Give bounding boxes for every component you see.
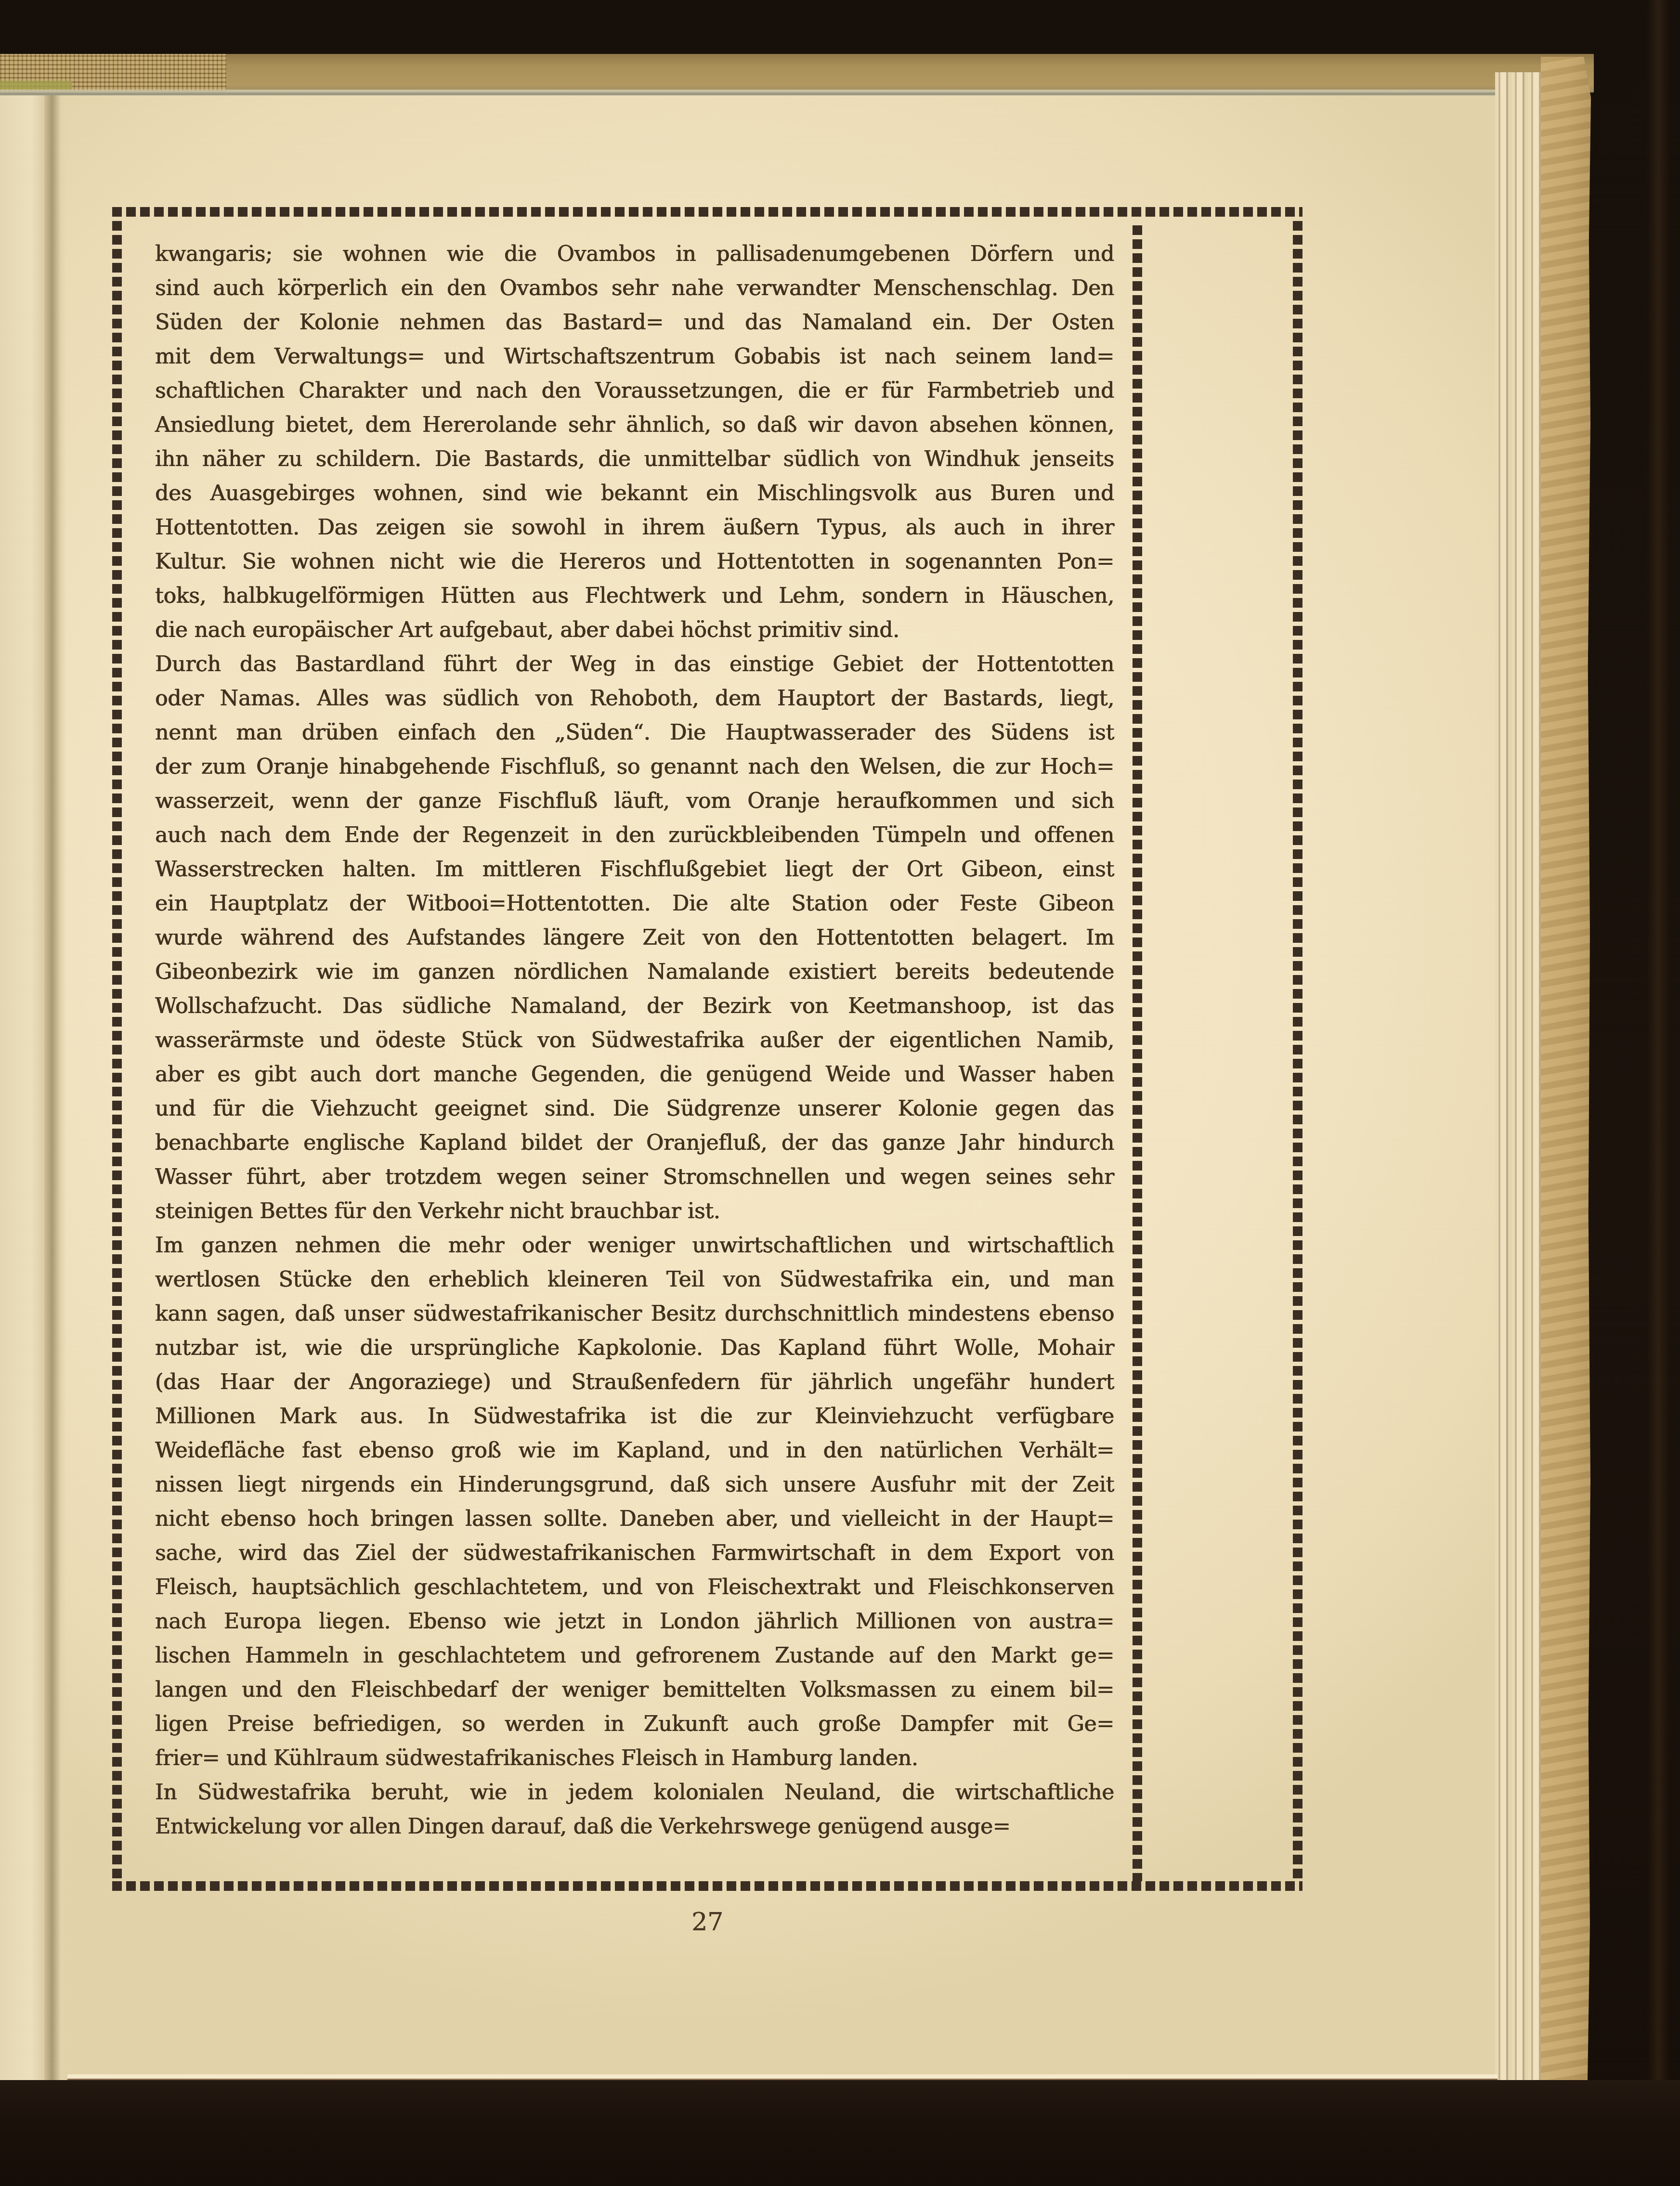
page-number: 27: [112, 1908, 1302, 1937]
text-line: Im ganzen nehmen die mehr oder weniger u…: [155, 1228, 1114, 1262]
text-line: mit dem Verwaltungs= und Wirtschaftszent…: [155, 339, 1114, 374]
text-line: ihn näher zu schildern. Die Bastards, di…: [155, 442, 1114, 476]
left-page-edge: [0, 95, 44, 2080]
text-line: oder Namas. Alles was südlich von Rehobo…: [155, 681, 1114, 716]
headband-accent: [0, 81, 72, 90]
deckle-edge: [1541, 57, 1591, 2090]
text-line: Wasserstrecken halten. Im mittleren Fisc…: [155, 852, 1114, 886]
text-line: die nach europäischer Art aufgebaut, abe…: [155, 613, 1114, 647]
text-line: der zum Oranje hinabgehende Fischfluß, s…: [155, 750, 1114, 784]
frame-border-bottom: [112, 1881, 1302, 1891]
frame-margin-divider: [1133, 225, 1142, 1881]
text-line: sind auch körperlich ein den Ovambos seh…: [155, 271, 1114, 305]
text-line: kwangaris; sie wohnen wie die Ovambos in…: [155, 237, 1114, 271]
text-line: des Auasgebirges wohnen, sind wie bekann…: [155, 476, 1114, 510]
text-line: wasserzeit, wenn der ganze Fischfluß läu…: [155, 784, 1114, 818]
text-line: Wasser führt, aber trotzdem wegen seiner…: [155, 1160, 1114, 1194]
text-line: lischen Hammeln in geschlachtetem und ge…: [155, 1639, 1114, 1673]
text-line: wasserärmste und ödeste Stück von Südwes…: [155, 1023, 1114, 1057]
backdrop-seam: [1647, 0, 1670, 2186]
gutter-shadow: [44, 95, 66, 2080]
text-line: nennt man drüben einfach den „Süden“. Di…: [155, 716, 1114, 750]
text-line: steinigen Bettes für den Verkehr nicht b…: [155, 1194, 1114, 1228]
text-line: Süden der Kolonie nehmen das Bastard= un…: [155, 305, 1114, 339]
text-line: nicht ebenso hoch bringen lassen sollte.…: [155, 1502, 1114, 1536]
text-line: Gibeonbezirk wie im ganzen nördlichen Na…: [155, 955, 1114, 989]
text-line: Entwickelung vor allen Dingen darauf, da…: [155, 1809, 1114, 1844]
text-line: In Südwestafrika beruht, wie in jedem ko…: [155, 1775, 1114, 1809]
text-line: toks, halbkugelförmigen Hütten aus Flech…: [155, 579, 1114, 613]
text-line: und für die Viehzucht geeignet sind. Die…: [155, 1092, 1114, 1126]
text-line: langen und den Fleischbedarf der weniger…: [155, 1673, 1114, 1707]
frame-border-top: [112, 207, 1302, 217]
text-line: Hottentotten. Das zeigen sie sowohl in i…: [155, 510, 1114, 545]
text-line: Durch das Bastardland führt der Weg in d…: [155, 647, 1114, 681]
text-line: sache, wird das Ziel der südwestafrikani…: [155, 1536, 1114, 1570]
fore-edge-page-stack: [1495, 72, 1543, 2087]
book-top-edge: [0, 54, 1594, 92]
backdrop-bottom: [0, 2080, 1680, 2186]
text-line: benachbarte englische Kapland bildet der…: [155, 1126, 1114, 1160]
text-line: aber es gibt auch dort manche Gegenden, …: [155, 1057, 1114, 1092]
text-line: frier= und Kühlraum südwestafrikanisches…: [155, 1741, 1114, 1775]
text-line: auch nach dem Ende der Regenzeit in den …: [155, 818, 1114, 852]
text-line: ligen Preise befriedigen, so werden in Z…: [155, 1707, 1114, 1741]
text-line: (das Haar der Angoraziege) und Straußenf…: [155, 1365, 1114, 1399]
text-line: Ansiedlung bietet, dem Hererolande sehr …: [155, 408, 1114, 442]
text-line: wertlosen Stücke den erheblich kleineren…: [155, 1262, 1114, 1297]
text-line: nach Europa liegen. Ebenso wie jetzt in …: [155, 1604, 1114, 1639]
text-line: Fleisch, hauptsächlich geschlachtetem, u…: [155, 1570, 1114, 1604]
text-line: schaftlichen Charakter und nach den Vora…: [155, 374, 1114, 408]
text-line: ein Hauptplatz der Witbooi=Hottentotten.…: [155, 886, 1114, 921]
book-photo: kwangaris; sie wohnen wie die Ovambos in…: [0, 0, 1680, 2186]
text-line: nutzbar ist, wie die ursprüngliche Kapko…: [155, 1331, 1114, 1365]
text-line: Weidefläche fast ebenso groß wie im Kapl…: [155, 1433, 1114, 1468]
text-line: nissen liegt nirgends ein Hinderungsgrun…: [155, 1468, 1114, 1502]
text-line: Kultur. Sie wohnen nicht wie die Hereros…: [155, 545, 1114, 579]
text-line: kann sagen, daß unser südwestafrikanisch…: [155, 1297, 1114, 1331]
text-line: wurde während des Aufstandes längere Zei…: [155, 921, 1114, 955]
text-line: Wollschafzucht. Das südliche Namaland, d…: [155, 989, 1114, 1023]
text-block: kwangaris; sie wohnen wie die Ovambos in…: [155, 237, 1114, 1844]
text-line: Millionen Mark aus. In Südwestafrika ist…: [155, 1399, 1114, 1433]
frame-border-right: [1293, 221, 1302, 1881]
frame-border-left: [112, 221, 122, 1881]
